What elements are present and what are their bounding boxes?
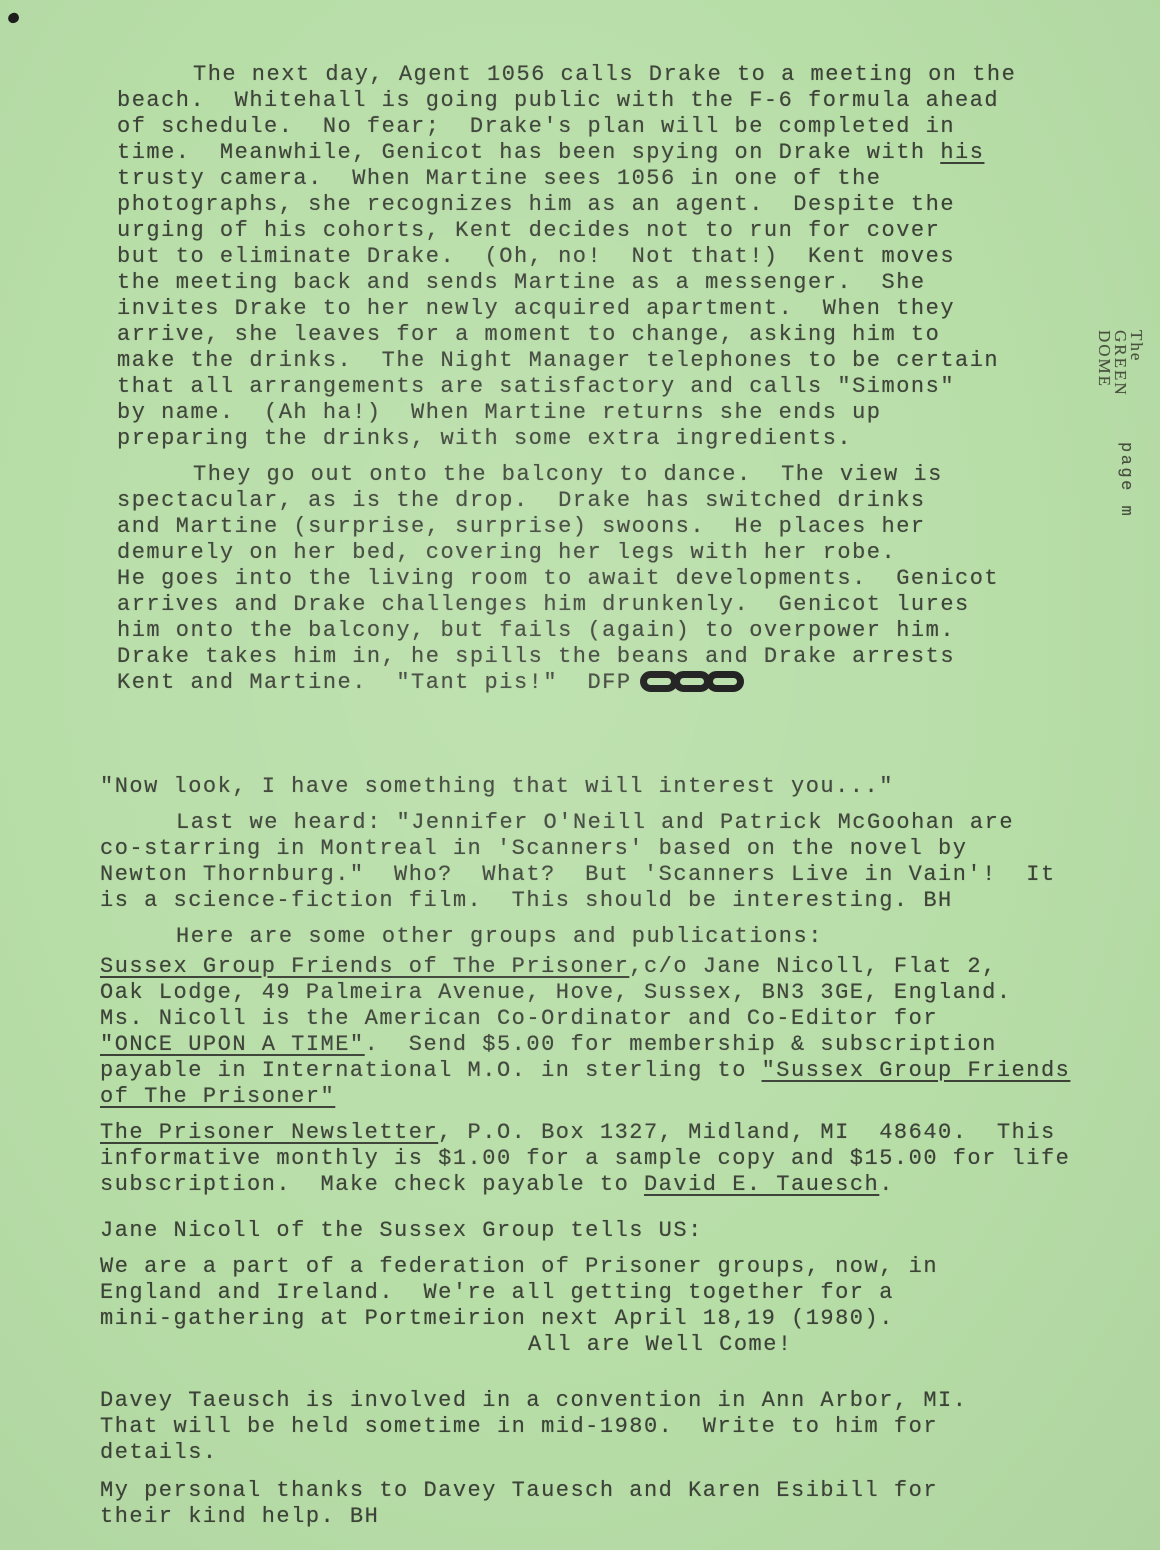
text-line: of The Prisoner": [100, 1084, 1110, 1110]
chain-links-icon: [640, 671, 744, 692]
underlined-text: David E. Tauesch: [644, 1172, 879, 1197]
text-line: spectacular, as is the drop. Drake has s…: [117, 488, 1110, 514]
text-line: invites Drake to her newly acquired apar…: [117, 296, 1110, 322]
document-body: The next day, Agent 1056 calls Drake to …: [100, 62, 1110, 1530]
text-line: Here are some other groups and publicati…: [100, 924, 1110, 950]
text-line: We are a part of a federation of Prisone…: [100, 1254, 1110, 1280]
scanners-news-paragraph: Last we heard: "Jennifer O'Neill and Pat…: [100, 810, 1110, 914]
teaser-quote-line: "Now look, I have something that will in…: [100, 774, 1110, 800]
text-line: but to eliminate Drake. (Oh, no! Not tha…: [117, 244, 1110, 270]
text-line: arrives and Drake challenges him drunken…: [117, 592, 1110, 618]
text-line: The Prisoner Newsletter, P.O. Box 1327, …: [100, 1120, 1110, 1146]
text-line: beach. Whitehall is going public with th…: [117, 88, 1110, 114]
text-line: My personal thanks to Davey Tauesch and …: [100, 1478, 1110, 1504]
text-line: Jane Nicoll of the Sussex Group tells US…: [100, 1218, 1110, 1244]
text-line: "Now look, I have something that will in…: [100, 774, 1110, 800]
text-line: him onto the balcony, but fails (again) …: [117, 618, 1110, 644]
story-recap-paragraph-2: They go out onto the balcony to dance. T…: [117, 462, 1110, 696]
text-line: All are Well Come!: [100, 1332, 1110, 1358]
text-line: payable in International M.O. in sterlin…: [100, 1058, 1110, 1084]
text-line: Sussex Group Friends of The Prisoner,c/o…: [100, 954, 1110, 980]
text-line: the meeting back and sends Martine as a …: [117, 270, 1110, 296]
jane-nicoll-intro-line: Jane Nicoll of the Sussex Group tells US…: [100, 1218, 1110, 1244]
text-line: Drake takes him in, he spills the beans …: [117, 644, 1110, 670]
text-line: trusty camera. When Martine sees 1056 in…: [117, 166, 1110, 192]
groups-intro-line: Here are some other groups and publicati…: [100, 924, 1110, 950]
text-line: Kent and Martine. "Tant pis!" DFP: [117, 670, 1110, 696]
ink-blot: [7, 11, 21, 24]
text-line: photographs, she recognizes him as an ag…: [117, 192, 1110, 218]
text-line: demurely on her bed, covering her legs w…: [117, 540, 1110, 566]
zine-logo-line: DOME: [1096, 330, 1112, 397]
zine-logo-line: GREEN: [1112, 330, 1128, 397]
underlined-text: "ONCE UPON A TIME": [100, 1032, 365, 1057]
text-line: arrive, she leaves for a moment to chang…: [117, 322, 1110, 348]
text-line: He goes into the living room to await de…: [117, 566, 1110, 592]
text-line: preparing the drinks, with some extra in…: [117, 426, 1110, 452]
underlined-text: Sussex Group Friends of The Prisoner: [100, 954, 629, 979]
text-line: make the drinks. The Night Manager telep…: [117, 348, 1110, 374]
text-line: Last we heard: "Jennifer O'Neill and Pat…: [100, 810, 1110, 836]
text-line: by name. (Ah ha!) When Martine returns s…: [117, 400, 1110, 426]
text-line: and Martine (surprise, surprise) swoons.…: [117, 514, 1110, 540]
text-line: Oak Lodge, 49 Palmeira Avenue, Hove, Sus…: [100, 980, 1110, 1006]
text-line: their kind help. BH: [100, 1504, 1110, 1530]
underlined-text: "Sussex Group Friends: [762, 1058, 1071, 1083]
underlined-text: of The Prisoner": [100, 1084, 335, 1109]
underlined-text: his: [940, 140, 984, 165]
text-line: details.: [100, 1440, 1110, 1466]
text-line: The next day, Agent 1056 calls Drake to …: [117, 62, 1110, 88]
zine-logo: The GREEN DOME: [1096, 330, 1144, 397]
text-line: that all arrangements are satisfactory a…: [117, 374, 1110, 400]
text-line: urging of his cohorts, Kent decides not …: [117, 218, 1110, 244]
sussex-group-listing: Sussex Group Friends of The Prisoner,c/o…: [100, 954, 1110, 1110]
federation-paragraph: We are a part of a federation of Prisone…: [100, 1254, 1110, 1332]
zine-page: The next day, Agent 1056 calls Drake to …: [0, 0, 1160, 1550]
text-line: informative monthly is $1.00 for a sampl…: [100, 1146, 1110, 1172]
text-line: subscription. Make check payable to Davi…: [100, 1172, 1110, 1198]
underlined-text: The Prisoner Newsletter: [100, 1120, 438, 1145]
text-line: co-starring in Montreal in 'Scanners' ba…: [100, 836, 1110, 862]
zine-logo-line: The: [1128, 330, 1144, 397]
text-line: mini-gathering at Portmeirion next April…: [100, 1306, 1110, 1332]
prisoner-newsletter-listing: The Prisoner Newsletter, P.O. Box 1327, …: [100, 1120, 1110, 1198]
text-line: is a science-fiction film. This should b…: [100, 888, 1110, 914]
chain-link-shape: [673, 671, 711, 692]
text-line: They go out onto the balcony to dance. T…: [117, 462, 1110, 488]
text-line: That will be held sometime in mid-1980. …: [100, 1414, 1110, 1440]
text-line: of schedule. No fear; Drake's plan will …: [117, 114, 1110, 140]
text-line: time. Meanwhile, Genicot has been spying…: [117, 140, 1110, 166]
text-line: Ms. Nicoll is the American Co-Ordinator …: [100, 1006, 1110, 1032]
chain-link-shape: [640, 671, 678, 692]
convention-paragraph: Davey Taeusch is involved in a conventio…: [100, 1388, 1110, 1466]
well-come-line: All are Well Come!: [100, 1332, 1110, 1358]
story-recap-paragraph-1: The next day, Agent 1056 calls Drake to …: [117, 62, 1110, 452]
text-line: Davey Taeusch is involved in a conventio…: [100, 1388, 1110, 1414]
thanks-paragraph: My personal thanks to Davey Tauesch and …: [100, 1478, 1110, 1530]
chain-link-shape: [706, 671, 744, 692]
text-line: "ONCE UPON A TIME". Send $5.00 for membe…: [100, 1032, 1110, 1058]
page-number-label: page m: [1116, 442, 1135, 518]
text-line: Newton Thornburg." Who? What? But 'Scann…: [100, 862, 1110, 888]
text-line: England and Ireland. We're all getting t…: [100, 1280, 1110, 1306]
